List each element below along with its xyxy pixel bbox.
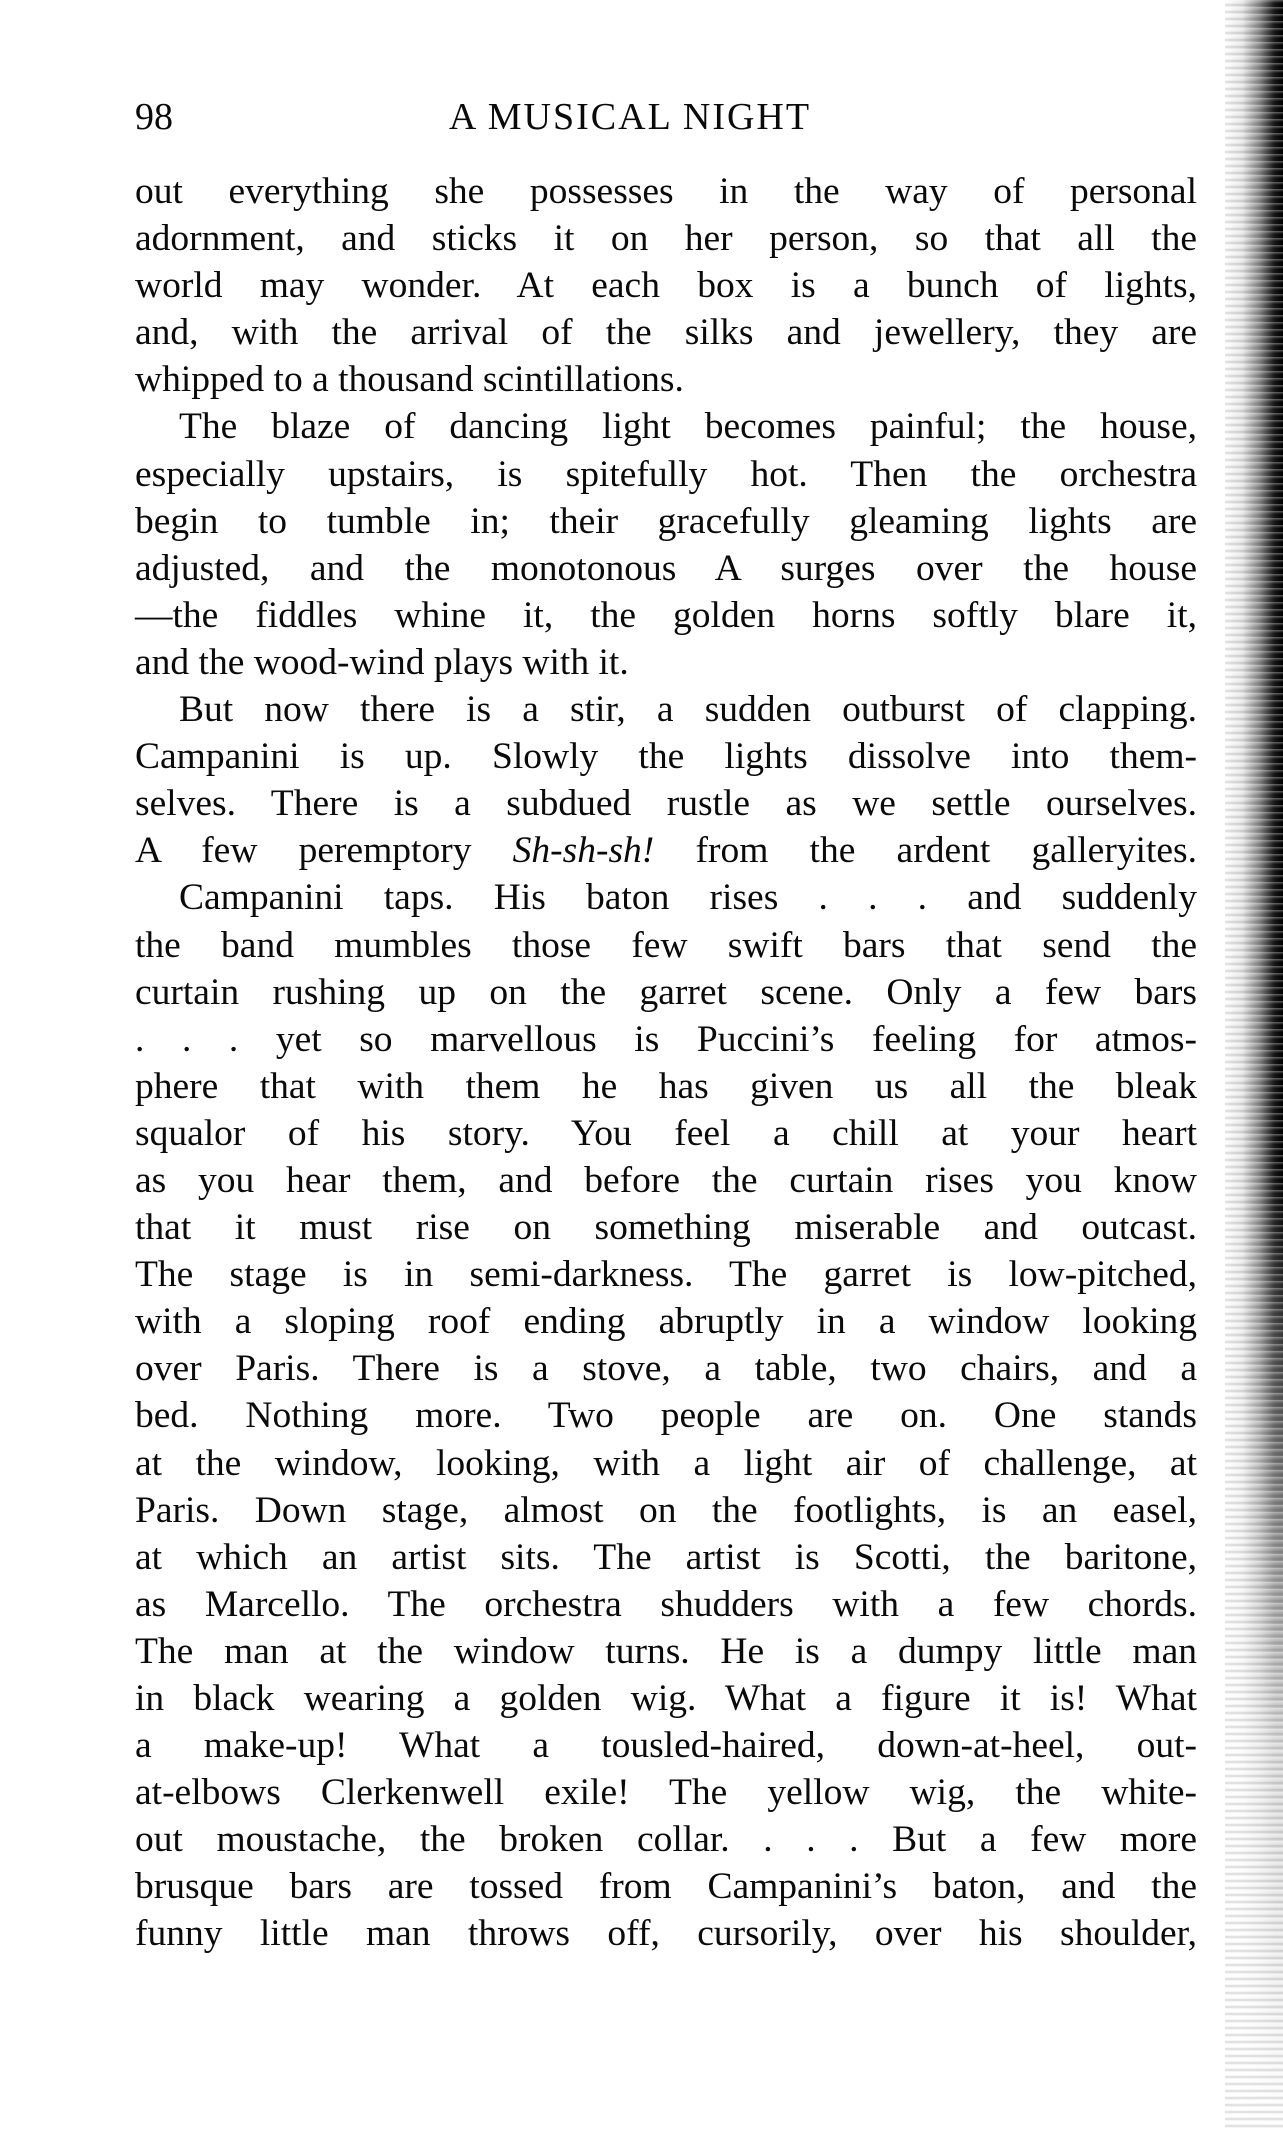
text-line: Campanini is up. Slowly the lights disso… [135,733,1197,780]
text-line: a make-up! What a tousled-haired, down-a… [135,1722,1197,1769]
body-text: out everything she possesses in the way … [135,168,1197,1958]
text-line: curtain rushing up on the garret scene. … [135,969,1197,1016]
text-line: at the window, looking, with a light air… [135,1440,1197,1487]
text-line: The man at the window turns. He is a dum… [135,1628,1197,1675]
text-line: bed. Nothing more. Two people are on. On… [135,1392,1197,1439]
book-page: 98 A MUSICAL NIGHT out everything she po… [0,0,1283,2131]
text-line: that it must rise on something miserable… [135,1204,1197,1251]
text-line: adjusted, and the monotonous A surges ov… [135,545,1197,592]
text-line: selves. There is a subdued rustle as we … [135,780,1197,827]
text-line: —the fiddles whine it, the golden horns … [135,592,1197,639]
page-gutter-noise [1225,0,1283,2131]
text-line: as you hear them, and before the curtain… [135,1157,1197,1204]
text-line: as Marcello. The orchestra shudders with… [135,1581,1197,1628]
text-line: The blaze of dancing light becomes painf… [135,403,1197,450]
text-line: especially upstairs, is spitefully hot. … [135,451,1197,498]
running-title: A MUSICAL NIGHT [135,92,1195,142]
text-line: world may wonder. At each box is a bunch… [135,262,1197,309]
text-line: in black wearing a golden wig. What a fi… [135,1675,1197,1722]
text-line: brusque bars are tossed from Campanini’s… [135,1863,1197,1910]
text-line: Campanini taps. His baton rises . . . an… [135,874,1197,921]
text-line: out moustache, the broken collar. . . . … [135,1816,1197,1863]
text-line: out everything she possesses in the way … [135,168,1197,215]
text-line: begin to tumble in; their gracefully gle… [135,498,1197,545]
text-line: with a sloping roof ending abruptly in a… [135,1298,1197,1345]
text-segment: A few peremptory [135,830,513,871]
text-line: But now there is a stir, a sudden outbur… [135,686,1197,733]
text-line: squalor of his story. You feel a chill a… [135,1110,1197,1157]
text-line: phere that with them he has given us all… [135,1063,1197,1110]
text-line: and the wood-wind plays with it. [135,639,1197,686]
text-line: funny little man throws off, cursorily, … [135,1910,1197,1957]
text-line: at which an artist sits. The artist is S… [135,1534,1197,1581]
italic-segment: Sh-sh-sh! [513,830,655,871]
text-line: adornment, and sticks it on her person, … [135,215,1197,262]
text-segment: from the ardent galleryites. [654,830,1197,871]
running-head: 98 A MUSICAL NIGHT [135,92,1195,142]
text-line: and, with the arrival of the silks and j… [135,309,1197,356]
text-line: at-elbows Clerkenwell exile! The yellow … [135,1769,1197,1816]
text-line: over Paris. There is a stove, a table, t… [135,1345,1197,1392]
text-line: the band mumbles those few swift bars th… [135,922,1197,969]
text-line: A few peremptory Sh-sh-sh! from the arde… [135,827,1197,874]
text-line: The stage is in semi-darkness. The garre… [135,1251,1197,1298]
text-line: . . . yet so marvellous is Puccini’s fee… [135,1016,1197,1063]
text-line: Paris. Down stage, almost on the footlig… [135,1487,1197,1534]
text-line: whipped to a thousand scintillations. [135,356,1197,403]
